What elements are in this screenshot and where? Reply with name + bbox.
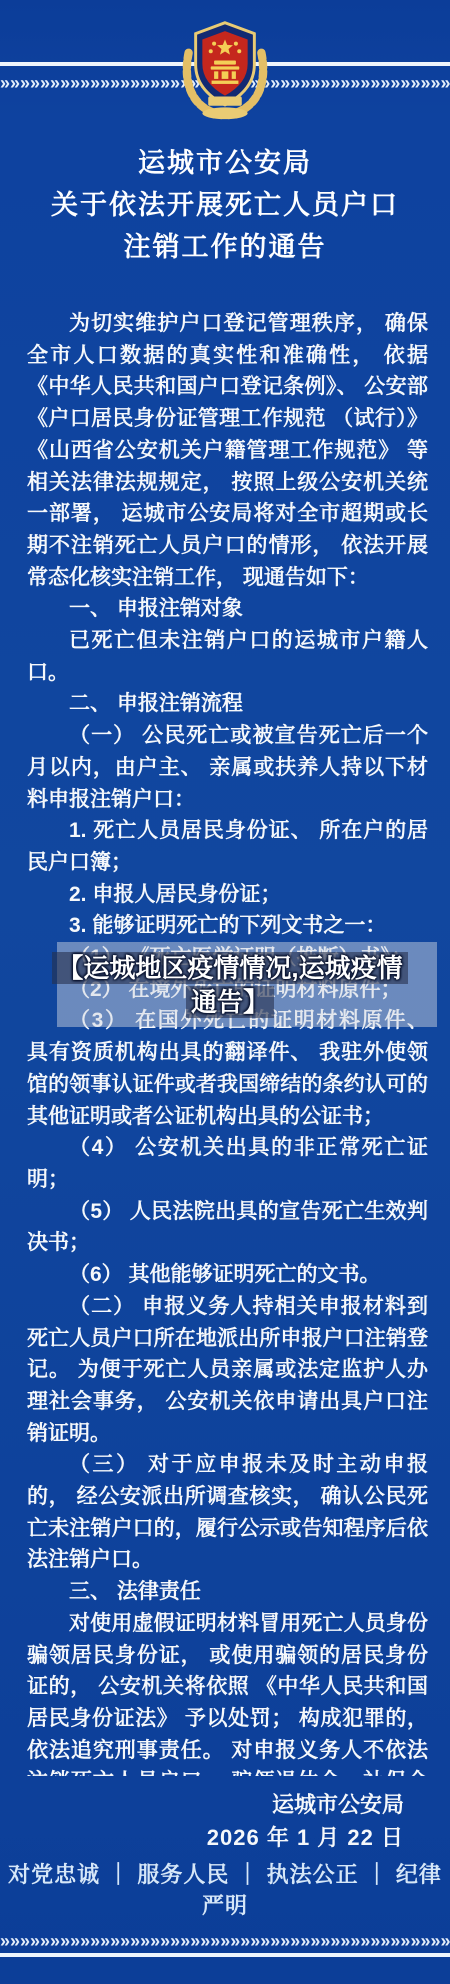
- body-paragraph: 三、 法律责任: [27, 1576, 428, 1608]
- body-paragraph: （三） 对于应申报未及时主动申报的， 经公安派出所调查核实， 确认公民死亡未注销…: [27, 1449, 428, 1576]
- body-paragraph: 对使用虚假证明材料冒用死亡人员身份骗领居民身份证， 或使用骗领的居民身份证的， …: [27, 1608, 428, 1776]
- police-emblem-icon: [174, 16, 276, 120]
- body-paragraph: 为切实维护户口登记管理秩序， 确保全市人口数据的真实性和准确性， 依据 《中华人…: [27, 308, 428, 593]
- body-paragraph: （6） 其他能够证明死亡的文书。: [27, 1259, 428, 1291]
- bottom-decorative-band: 对党忠诚 ｜ 服务人民 ｜ 执法公正 ｜ 纪律严明 »»»»»»»»»»»»»»…: [0, 1858, 450, 1984]
- body-paragraph: 已死亡但未注销户口的运城市户籍人口。: [27, 625, 428, 688]
- bottom-chevron-pattern: »»»»»»»»»»»»»»»»»»»»»»»»»»»»»»»»»»»»»»»»…: [0, 1929, 450, 1953]
- body-paragraph: （一） 公民死亡或被宣告死亡后一个月以内，由户主、 亲属或扶养人持以下材料申报注…: [27, 720, 428, 815]
- signature-date: 2026 年 1 月 22 日: [207, 1821, 404, 1855]
- body-paragraph: 3. 能够证明死亡的下列文书之一：: [27, 910, 428, 942]
- notice-title: 运城市公安局 关于依法开展死亡人员户口 注销工作的通告: [0, 142, 450, 268]
- title-line-3: 注销工作的通告: [0, 226, 450, 268]
- notice-poster: »»»»»»»»»»»»»»»»»»»»»»»»»»»»»»»»»»»»»»»»…: [0, 0, 450, 1984]
- title-line-1: 运城市公安局: [0, 142, 450, 184]
- watermark-caption: 【运城地区疫情情况,运城疫情通告】: [48, 951, 412, 1019]
- notice-body: 为切实维护户口登记管理秩序， 确保全市人口数据的真实性和准确性， 依据 《中华人…: [0, 308, 450, 1776]
- signature-org: 运城市公安局: [207, 1789, 404, 1821]
- footer-slogan: 对党忠诚 ｜ 服务人民 ｜ 执法公正 ｜ 纪律严明: [0, 1858, 450, 1920]
- signature-block: 运城市公安局 2026 年 1 月 22 日: [207, 1789, 404, 1855]
- body-paragraph: 2. 申报人居民身份证；: [27, 879, 428, 911]
- bottom-spacer: [0, 1957, 450, 1984]
- body-paragraph: 1. 死亡人员居民身份证、 所在户的居民户口簿；: [27, 815, 428, 878]
- watermark-caption-text: 【运城地区疫情情况,运城疫情通告】: [52, 952, 407, 1018]
- body-paragraph: （二） 申报义务人持相关申报材料到死亡人员户口所在地派出所申报户口注销登记。 为…: [27, 1291, 428, 1450]
- title-line-2: 关于依法开展死亡人员户口: [0, 184, 450, 226]
- body-paragraph: （4） 公安机关出具的非正常死亡证明；: [27, 1132, 428, 1195]
- body-paragraph: （5） 人民法院出具的宣告死亡生效判决书；: [27, 1196, 428, 1259]
- body-paragraph: 二、 申报注销流程: [27, 688, 428, 720]
- body-paragraph: 一、 申报注销对象: [27, 593, 428, 625]
